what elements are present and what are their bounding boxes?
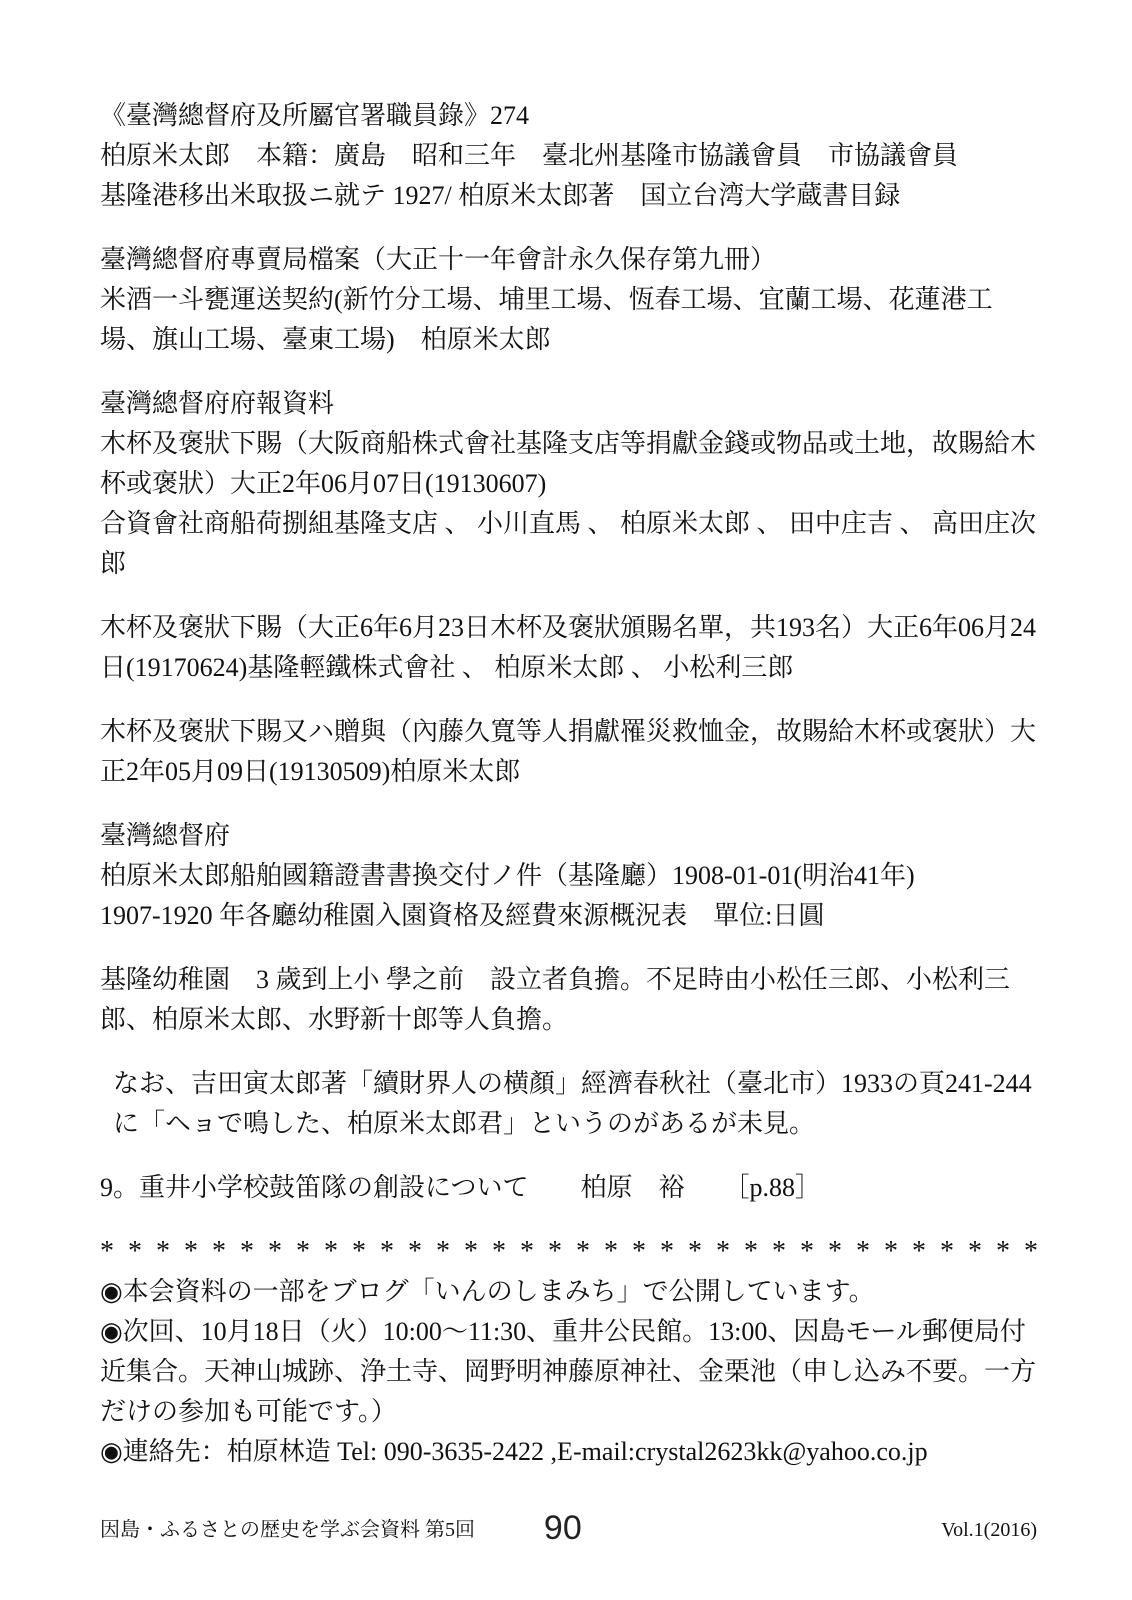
record-line: 基隆幼稚園 3 歲到上小 學之前 設立者負擔。不足時由小松任三郎、小松利三郎、柏… [100, 960, 1040, 1040]
record-line: 木杯及褒狀下賜又ハ贈與（內藤久寬等人捐獻罹災救恤金，故賜給木杯或褒狀）大正2年0… [100, 712, 1040, 792]
record-line: 《臺灣總督府及所屬官署職員錄》274 [100, 96, 1040, 136]
announcement-item-contact: ◉連絡先：柏原林造 Tel: 090-3635-2422 ,E-mail:cry… [100, 1432, 1040, 1472]
record-line: 臺灣總督府府報資料 [100, 384, 1040, 424]
record-line: 木杯及褒狀下賜（大正6年6月23日木杯及褒狀頒賜名單，共193名）大正6年06月… [100, 608, 1040, 688]
document-body: 《臺灣總督府及所屬官署職員錄》274 柏原米太郎 本籍：廣島 昭和三年 臺北州基… [100, 96, 1040, 1496]
record-line: 木杯及褒狀下賜（大阪商船株式會社基隆支店等捐獻金錢或物品或土地，故賜給木杯或褒狀… [100, 424, 1040, 504]
record-block-award-1917: 木杯及褒狀下賜（大正6年6月23日木杯及褒狀頒賜名單，共193名）大正6年06月… [100, 608, 1040, 688]
record-block-staff-directory: 《臺灣總督府及所屬官署職員錄》274 柏原米太郎 本籍：廣島 昭和三年 臺北州基… [100, 96, 1040, 216]
announcement-item-blog: ◉本会資料の一部をブログ「いんのしまみち」で公開しています。 [100, 1272, 1040, 1312]
page-number: 90 [544, 1509, 582, 1548]
note-line: なお、吉田寅太郎著「續財界人の横顏」經濟春秋社（臺北市）1933の頁241-24… [100, 1064, 1040, 1144]
record-line: 1907-1920 年各廳幼稚園入園資格及經費來源概況表 單位:日圓 [100, 896, 1040, 936]
record-line: 基隆港移出米取扱ニ就テ 1927/ 柏原米太郎著 国立台湾大学蔵書目録 [100, 176, 1040, 216]
announcement-item-next-meeting: ◉次回、10月18日（火）10:00～11:30、重井公民館。13:00、因島モ… [100, 1312, 1040, 1432]
announcement-block: * * * * * * * * * * * * * * * * * * * * … [100, 1232, 1040, 1472]
record-block-monopoly-bureau-archive: 臺灣總督府專賣局檔案（大正十一年會計永久保存第九冊） 米酒一斗甕運送契約(新竹分… [100, 240, 1040, 360]
footer-series-title: 因島・ふるさとの歴史を学ぶ会資料 第5回 [100, 1513, 475, 1542]
record-line: 臺灣總督府 [100, 816, 1040, 856]
document-page: 《臺灣總督府及所屬官署職員錄》274 柏原米太郎 本籍：廣島 昭和三年 臺北州基… [0, 0, 1132, 1600]
record-line: 臺灣總督府專賣局檔案（大正十一年會計永久保存第九冊） [100, 240, 1040, 280]
record-line: 合資會社商船荷捌組基隆支店 、 小川直馬 、 柏原米太郎 、 田中庄吉 、 高田… [100, 504, 1040, 584]
note-paragraph: なお、吉田寅太郎著「續財界人の横顏」經濟春秋社（臺北市）1933の頁241-24… [100, 1064, 1040, 1144]
section-heading-text: 9。重井小学校鼓笛隊の創設について 柏原 裕 ［p.88］ [100, 1168, 1040, 1208]
footer-volume: Vol.1(2016) [941, 1519, 1037, 1542]
record-line: 柏原米太郎船舶國籍證書書換交付ノ件（基隆廳）1908-01-01(明治41年) [100, 856, 1040, 896]
page-footer: 因島・ふるさとの歴史を学ぶ会資料 第5回 90 Vol.1(2016) [100, 1492, 1037, 1548]
record-line: 柏原米太郎 本籍：廣島 昭和三年 臺北州基隆市協議會員 市協議會員 [100, 136, 1040, 176]
record-block-governor-general-office: 臺灣總督府 柏原米太郎船舶國籍證書書換交付ノ件（基隆廳）1908-01-01(明… [100, 816, 1040, 936]
record-block-kindergarten: 基隆幼稚園 3 歲到上小 學之前 設立者負擔。不足時由小松任三郎、小松利三郎、柏… [100, 960, 1040, 1040]
record-block-award-1913: 木杯及褒狀下賜又ハ贈與（內藤久寬等人捐獻罹災救恤金，故賜給木杯或褒狀）大正2年0… [100, 712, 1040, 792]
record-line: 米酒一斗甕運送契約(新竹分工場、埔里工場、恆春工場、宜蘭工場、花蓮港工場、旗山工… [100, 280, 1040, 360]
record-block-gazette-materials: 臺灣總督府府報資料 木杯及褒狀下賜（大阪商船株式會社基隆支店等捐獻金錢或物品或土… [100, 384, 1040, 584]
section-heading-9: 9。重井小学校鼓笛隊の創設について 柏原 裕 ［p.88］ [100, 1168, 1040, 1208]
asterisk-separator: * * * * * * * * * * * * * * * * * * * * … [100, 1232, 1040, 1272]
